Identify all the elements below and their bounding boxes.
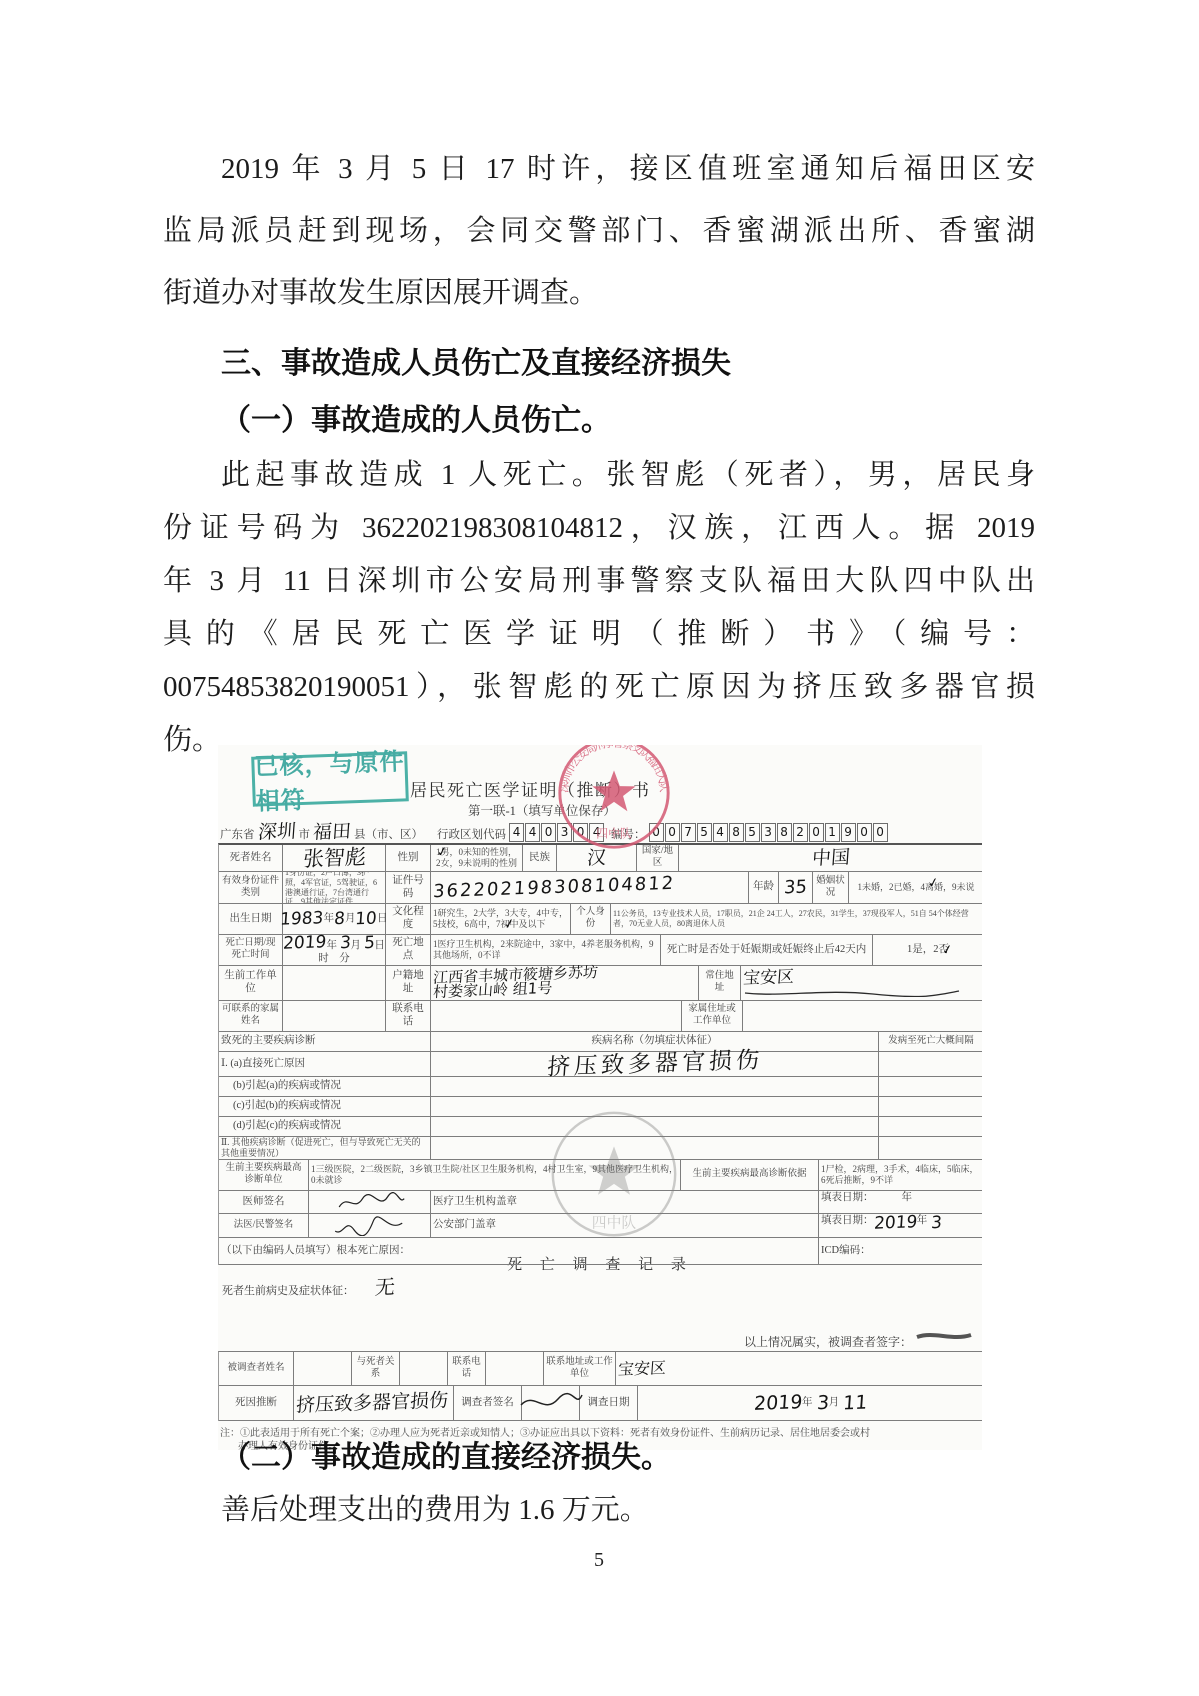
table-row: 死亡日期/现死亡时间 2019年 3月 5日 时 分 死亡地点 1医疗卫生机构，… bbox=[219, 935, 982, 966]
police-signature bbox=[322, 1215, 417, 1236]
employer-label: 生前工作单位 bbox=[219, 966, 283, 1000]
city-label: 市 bbox=[299, 826, 311, 842]
id-number-value: 362202198308104812 bbox=[432, 874, 675, 901]
county-label: 县（市、区） bbox=[354, 826, 423, 842]
family-name-label: 可联系的家属姓名 bbox=[219, 1001, 283, 1031]
direct-cause-value: 挤压致多器官损伤 bbox=[546, 1049, 763, 1080]
surveyed-person-label: 被调查者姓名 bbox=[219, 1352, 294, 1385]
body-line: 具的《居民死亡医学证明（推断）书》（编号： bbox=[163, 608, 1035, 661]
medical-org-stamp-label: 医疗卫生机构盖章 bbox=[431, 1191, 819, 1213]
contact-address-value: 宝安区 bbox=[617, 1360, 666, 1378]
fill-date-year-label: 年 bbox=[902, 1192, 913, 1205]
phone-label: 联系电话 bbox=[386, 1001, 431, 1031]
cause-c-label: (c)引起(b)的疾病或情况 bbox=[219, 1097, 431, 1116]
pregnancy-options: 1是，2否 bbox=[873, 935, 982, 965]
birth-date-value: 1983年 8月 10日 bbox=[283, 904, 386, 934]
hukou-label: 户籍地址 bbox=[386, 966, 431, 1000]
subsection-heading-economic-loss: （二）事故造成的直接经济损失。 bbox=[163, 1432, 1093, 1476]
fill-date-year-value: 2019 bbox=[873, 1214, 917, 1233]
id-type-options: 1身份证，2户口簿，3护照，4军官证，5驾驶证，6港澳通行证，7台湾通行证，9其… bbox=[283, 872, 386, 903]
icd-code-label: ICD编码： bbox=[819, 1238, 982, 1264]
doctor-signature bbox=[325, 1192, 415, 1212]
age-label: 年龄 bbox=[749, 872, 779, 903]
body-line: 年 3 月 11 日深圳市公安局刑事警察支队福田大队四中队出 bbox=[163, 555, 1035, 608]
death-date-label: 死亡日期/现死亡时间 bbox=[219, 935, 283, 965]
table-row: 死因推断 挤压致多器官损伤 调查者签名 调查日期 2019 年 3 月 11 bbox=[219, 1386, 982, 1421]
other-diagnosis-label: Ⅱ. 其他疾病诊断（促进死亡，但与导致死亡无关的其他重要情况） bbox=[219, 1137, 431, 1159]
disease-name-header: 疾病名称（勿填症状体征） bbox=[431, 1032, 879, 1051]
deceased-name-value: 张智彪 bbox=[302, 846, 366, 869]
onset-interval-header: 发病至死亡大概间隔 bbox=[879, 1032, 982, 1051]
history-label: 死者生前病史及症状体征： bbox=[222, 1285, 354, 1297]
paragraph-economic-loss: 善后处理支出的费用为 1.6 万元。 bbox=[163, 1487, 1093, 1528]
city-value-handwritten: 福田 bbox=[312, 822, 351, 842]
surveyor-signature bbox=[516, 1389, 586, 1417]
fill-date-month-value: 3 bbox=[931, 1215, 943, 1232]
diagnosis-basis-options: 1尸检，2病理，3手术，4临床，5临床，6死后推断，9不详 bbox=[819, 1160, 982, 1190]
body-line: 00754853820190051），张智彪的死亡原因为挤压致多器官损 bbox=[163, 661, 1035, 714]
fill-date-label: 填表日期： bbox=[821, 1215, 874, 1228]
death-time-label: 时 分 bbox=[318, 953, 350, 966]
occupation-label: 个人身份 bbox=[571, 904, 611, 934]
death-place-options: 1医疗卫生机构，2来院途中，3家中，4养老服务机构，9其他场所，0不详 bbox=[431, 935, 661, 965]
body-line: 份证号码为 362202198308104812，汉族，江西人。据 2019 bbox=[163, 502, 1035, 555]
page-number: 5 bbox=[163, 1549, 1035, 1572]
table-row: Ⅰ. (a)直接死亡原因 挤压致多器官损伤 bbox=[219, 1052, 982, 1077]
diagnosis-unit-label: 生前主要疾病最高诊断单位 bbox=[219, 1160, 309, 1190]
residence-value: 宝安区 bbox=[742, 969, 794, 988]
birth-date-label: 出生日期 bbox=[219, 904, 283, 934]
employer-value bbox=[283, 966, 386, 1000]
table-row: (d)引起(c)的疾病或情况 bbox=[219, 1117, 982, 1137]
diagnosis-basis-label: 生前主要疾病最高诊断依据 bbox=[681, 1160, 819, 1190]
deceased-name-label: 死者姓名 bbox=[219, 845, 283, 871]
id-type-label: 有效身份证件类别 bbox=[219, 872, 283, 903]
serial-boxes: 007548538201900 bbox=[649, 823, 889, 842]
country-value: 中国 bbox=[811, 848, 850, 868]
table-row: 致死的主要疾病诊断 疾病名称（勿填症状体征） 发病至死亡大概间隔 bbox=[219, 1032, 982, 1052]
sex-options: 1男，0未知的性别， 2女，9未说明的性别 ✓ bbox=[431, 845, 523, 871]
diagnosis-unit-options: 1三级医院，2二级医院，3乡镇卫生院/社区卫生服务机构，4村卫生室，9其他医疗卫… bbox=[309, 1160, 681, 1190]
survey-date-label: 调查日期 bbox=[580, 1386, 638, 1420]
handwritten-underline bbox=[743, 987, 963, 997]
table-row: 法医/民警签名 公安部门盖章 填表日期： 2019 年 3 bbox=[219, 1214, 982, 1238]
medical-history-line: 死者生前病史及症状体征： 无 bbox=[222, 1277, 395, 1298]
table-row: （以下由编码人员填写）根本死亡原因： ICD编码： bbox=[219, 1238, 982, 1265]
coder-root-cause-label: （以下由编码人员填写）根本死亡原因： bbox=[219, 1238, 819, 1264]
main-diagnosis-header: 致死的主要疾病诊断 bbox=[219, 1032, 431, 1051]
family-address-label: 家属住址或工作单位 bbox=[681, 1001, 743, 1031]
education-options: 1研究生，2大学，3大专，4中专，5技校，6高中，7初中及以下 bbox=[431, 904, 571, 934]
subsection-heading-deaths: （一）事故造成的人员伤亡。 bbox=[163, 395, 1093, 439]
table-row: 有效身份证件类别 1身份证，2户口簿，3护照，4军官证，5驾驶证，6港澳通行证，… bbox=[219, 872, 982, 904]
table-row: 出生日期 1983年 8月 10日 文化程度 1研究生，2大学，3大专，4中专，… bbox=[219, 904, 982, 935]
body-line: 监局派员赶到现场，会同交警部门、香蜜湖派出所、香蜜湖 bbox=[163, 200, 1035, 262]
age-value: 35 bbox=[783, 878, 807, 897]
contact-phone-label: 联系电话 bbox=[448, 1352, 486, 1385]
table-row: 可联系的家属姓名 联系电话 家属住址或工作单位 bbox=[219, 1001, 982, 1032]
doctor-signature-label: 医师签名 bbox=[219, 1191, 309, 1213]
sex-label: 性别 bbox=[386, 845, 431, 871]
marriage-label: 婚姻状况 bbox=[813, 872, 849, 903]
cause-inference-label: 死因推断 bbox=[219, 1386, 294, 1420]
surveyor-signature-label: 调查者签名 bbox=[454, 1386, 522, 1420]
table-row: 医师签名 医疗卫生机构盖章 填表日期： 年 bbox=[219, 1191, 982, 1214]
education-label: 文化程度 bbox=[386, 904, 431, 934]
police-signature-label: 法医/民警签名 bbox=[219, 1214, 309, 1237]
relation-label: 与死者关系 bbox=[352, 1352, 400, 1385]
document-page: 2019 年 3 月 5 日 17 时许，接区值班室通知后福田区安 监局派员赶到… bbox=[0, 0, 1199, 1696]
id-number-label: 证件号码 bbox=[386, 872, 431, 903]
residence-label: 常住地址 bbox=[699, 966, 741, 1000]
occupation-options: 11公务员，13专业技术人员，17职员，21企 24工人，27农民，31学生，3… bbox=[611, 904, 982, 934]
certificate-table: 死者姓名 张智彪 性别 1男，0未知的性别， 2女，9未说明的性别 ✓ 民族 汉… bbox=[218, 843, 982, 1265]
history-value: 无 bbox=[374, 1277, 395, 1298]
hukou-value: 江西省丰城市筱塘乡苏坊 村娄家山岭 组1号 bbox=[431, 966, 699, 1000]
paragraph-victim-details: 此起事故造成 1 人死亡。张智彪（死者），男，居民身 份证号码为 3622021… bbox=[163, 449, 1035, 767]
checkmark: ✓ bbox=[436, 845, 449, 862]
admin-code-label: 行政区划代码 bbox=[437, 826, 506, 842]
police-round-stamp: 深圳市公安局刑事警察支队福田大队 四中队 bbox=[550, 745, 678, 859]
cause-inference-value: 挤压致多器官损伤 bbox=[295, 1391, 448, 1415]
marriage-options: 1未婚，2已婚，4离婚，9未说 bbox=[849, 872, 982, 903]
province-label: 广东省 bbox=[220, 826, 255, 842]
paragraph-incident-response: 2019 年 3 月 5 日 17 时许，接区值班室通知后福田区安 监局派员赶到… bbox=[163, 138, 1035, 324]
section-heading-casualties: 三、事故造成人员伤亡及直接经济损失 bbox=[163, 338, 1093, 382]
respondent-signature bbox=[914, 1329, 974, 1343]
death-certificate-scan: 已核，与原件相符 居民死亡医学证明（推断）书 第一联-1（填写单位保存） 深圳市… bbox=[218, 745, 982, 1450]
verified-copy-stamp: 已核，与原件相符 bbox=[251, 751, 409, 806]
direct-cause-label: Ⅰ. (a)直接死亡原因 bbox=[219, 1052, 431, 1076]
fill-date-label: 填表日期： bbox=[821, 1192, 874, 1205]
table-row: 生前主要疾病最高诊断单位 1三级医院，2二级医院，3乡镇卫生院/社区卫生服务机构… bbox=[219, 1160, 982, 1191]
survey-date-value: 2019 年 3 月 11 bbox=[638, 1386, 982, 1420]
confirmation-text: 以上情况属实，被调查者签字： bbox=[744, 1333, 912, 1350]
contact-address-label: 联系地址或工作单位 bbox=[544, 1352, 616, 1385]
province-value-handwritten: 深圳 bbox=[257, 822, 296, 842]
body-line: 此起事故造成 1 人死亡。张智彪（死者），男，居民身 bbox=[163, 449, 1035, 502]
stamp-unit-text: 四中队 bbox=[596, 826, 632, 840]
body-line: 街道办对事故发生原因展开调查。 bbox=[163, 262, 1035, 324]
death-place-label: 死亡地点 bbox=[386, 935, 431, 965]
table-row: Ⅱ. 其他疾病诊断（促进死亡，但与导致死亡无关的其他重要情况） bbox=[219, 1137, 982, 1160]
cause-b-label: (b)引起(a)的疾病或情况 bbox=[219, 1077, 431, 1096]
table-row: 被调查者姓名 与死者关系 联系电话 联系地址或工作单位 宝安区 bbox=[219, 1352, 982, 1386]
body-line: 2019 年 3 月 5 日 17 时许，接区值班室通知后福田区安 bbox=[163, 138, 1035, 200]
table-row: 生前工作单位 户籍地址 江西省丰城市筱塘乡苏坊 村娄家山岭 组1号 常住地址 宝… bbox=[219, 966, 982, 1001]
death-date-value: 2019年 3月 5日 时 分 bbox=[283, 935, 386, 965]
police-stamp-label: 公安部门盖章 bbox=[431, 1214, 819, 1237]
cause-d-label: (d)引起(c)的疾病或情况 bbox=[219, 1117, 431, 1136]
pregnancy-label: 死亡时是否处于妊娠期或妊娠终止后42天内 bbox=[661, 935, 873, 965]
survey-table: 被调查者姓名 与死者关系 联系电话 联系地址或工作单位 宝安区 死因推断 挤压致… bbox=[218, 1351, 982, 1421]
table-row: (c)引起(b)的疾病或情况 bbox=[219, 1097, 982, 1117]
stamp-star-icon bbox=[592, 770, 635, 811]
checkmark: ✓ bbox=[503, 916, 516, 933]
table-row: (b)引起(a)的疾病或情况 bbox=[219, 1077, 982, 1097]
